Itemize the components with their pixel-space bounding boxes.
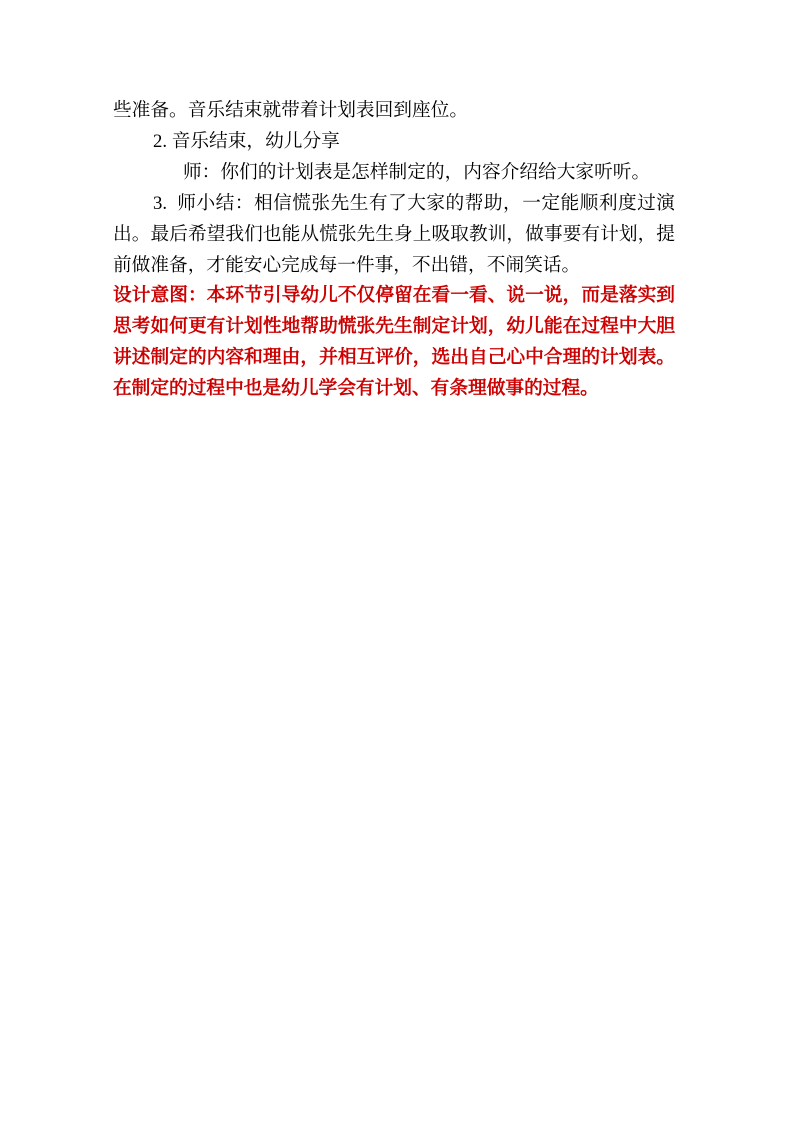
paragraph-teacher-prompt: 师：你们的计划表是怎样制定的，内容介绍给大家听听。	[113, 158, 675, 189]
document-page: 些准备。音乐结束就带着计划表回到座位。 2. 音乐结束，幼儿分享 师：你们的计划…	[0, 0, 794, 1123]
paragraph-continuation: 些准备。音乐结束就带着计划表回到座位。	[113, 96, 675, 127]
paragraph-design-intent: 设计意图：本环节引导幼儿不仅停留在看一看、说一说，而是落实到思考如何更有计划性地…	[113, 281, 675, 405]
paragraph-step-2-heading: 2. 音乐结束，幼儿分享	[113, 127, 675, 158]
paragraph-teacher-summary: 3. 师小结：相信慌张先生有了大家的帮助，一定能顺利度过演出。最后希望我们也能从…	[113, 189, 675, 282]
document-content: 些准备。音乐结束就带着计划表回到座位。 2. 音乐结束，幼儿分享 师：你们的计划…	[113, 96, 675, 405]
